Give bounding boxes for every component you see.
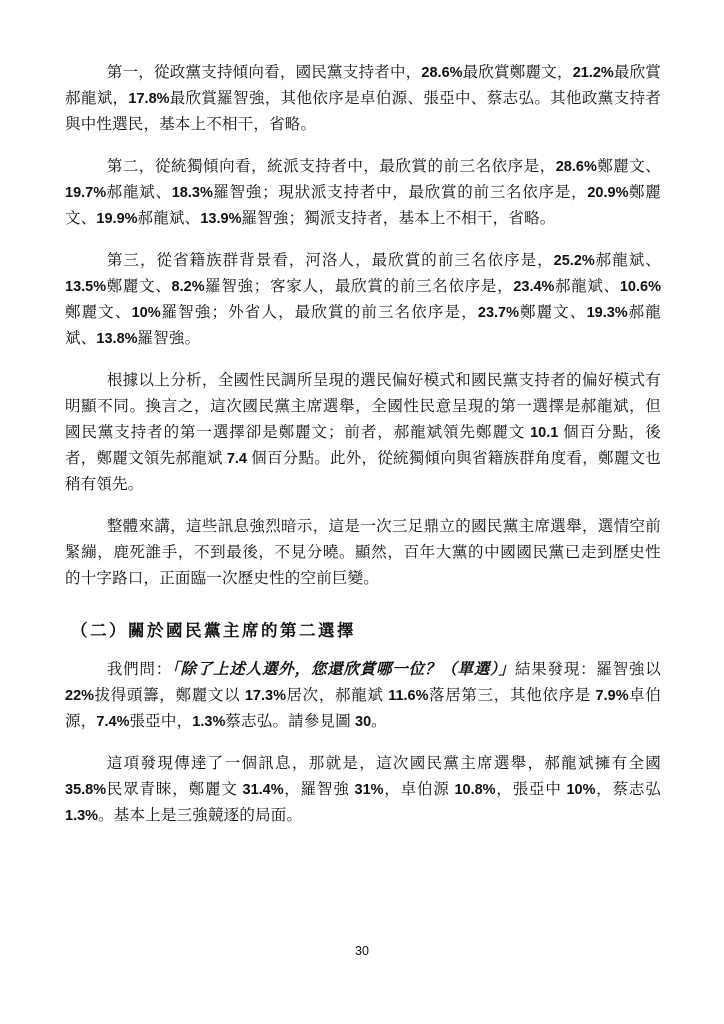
survey-question-quote: 「除了上述人選外，您還欣賞哪一位？（單選）」 <box>172 661 515 678</box>
number-emphasis: 30 <box>355 714 371 730</box>
number-emphasis: 10.6% <box>620 279 661 295</box>
text-run: 郝龍斌、 <box>106 184 172 201</box>
paragraph: 整體來講，這些訊息強烈暗示，這是一次三足鼎立的國民黨主席選舉，選情空前緊繃，鹿死… <box>65 514 661 592</box>
number-emphasis: 22% <box>65 688 94 704</box>
number-emphasis: 35.8% <box>65 782 106 798</box>
text-run: 羅智強；獨派支持者，基本上不相干，省略。 <box>241 210 555 227</box>
number-emphasis: 10.1 <box>530 425 558 441</box>
number-emphasis: 13.5% <box>65 279 106 295</box>
number-emphasis: 13.8% <box>96 331 137 347</box>
text-run: 。 <box>371 713 387 730</box>
paragraph: 根據以上分析，全國性民調所呈現的選民偏好模式和國民黨支持者的偏好模式有明顯不同。… <box>65 368 661 498</box>
text-run: ，羅智強 <box>284 781 355 798</box>
text-run: 落居第三，其他依序是 <box>429 687 596 704</box>
text-run: ，卓伯源 <box>384 781 455 798</box>
text-run: 最欣賞鄭麗文， <box>463 64 573 81</box>
number-emphasis: 18.3% <box>172 185 213 201</box>
text-run: 鄭麗文、 <box>519 304 587 321</box>
number-emphasis: 31% <box>355 782 384 798</box>
text-run: 羅智強；外省人，最欣賞的前三名依序是， <box>161 304 478 321</box>
text-run: 拔得頭籌，鄭麗文以 <box>94 687 245 704</box>
text-run: ，蔡志弘 <box>595 781 660 798</box>
text-run: 結果發現：羅智強以 <box>515 661 661 678</box>
number-emphasis: 21.2% <box>573 65 614 81</box>
text-run: 整體來講，這些訊息強烈暗示，這是一次三足鼎立的國民黨主席選舉，選情空前緊繃，鹿死… <box>65 518 661 587</box>
text-run: 這項發現傳達了一個訊息，那就是，這次國民黨主席選舉，郝龍斌擁有全國 <box>107 755 661 772</box>
number-emphasis: 7.9% <box>596 688 629 704</box>
text-run: 。基本上是三強競逐的局面。 <box>98 807 302 824</box>
paragraph: 這項發現傳達了一個訊息，那就是，這次國民黨主席選舉，郝龍斌擁有全國 35.8%民… <box>65 751 661 829</box>
number-emphasis: 19.9% <box>96 211 137 227</box>
document-page: 第一，從政黨支持傾向看，國民黨支持者中，28.6%最欣賞鄭麗文，21.2%最欣賞… <box>0 0 724 1024</box>
page-number: 30 <box>0 944 724 958</box>
paragraph: 我們問：「除了上述人選外，您還欣賞哪一位？（單選）」結果發現：羅智強以 22%拔… <box>65 657 661 735</box>
text-run: 郝龍斌、 <box>554 278 619 295</box>
number-emphasis: 10% <box>132 305 161 321</box>
text-run: 鄭麗文、 <box>106 278 171 295</box>
number-emphasis: 10.8% <box>454 782 495 798</box>
number-emphasis: 20.9% <box>587 185 628 201</box>
number-emphasis: 25.2% <box>554 253 595 269</box>
paragraph: 第二，從統獨傾向看，統派支持者中，最欣賞的前三名依序是，28.6%鄭麗文、19.… <box>65 154 661 232</box>
text-run: 第三，從省籍族群背景看，河洛人，最欣賞的前三名依序是， <box>107 252 554 269</box>
number-emphasis: 23.7% <box>478 305 519 321</box>
number-emphasis: 28.6% <box>421 65 462 81</box>
text-run: 羅智強；客家人，最欣賞的前三名依序是， <box>205 278 514 295</box>
text-run: 郝龍斌、 <box>595 252 661 269</box>
number-emphasis: 7.4 <box>227 451 247 467</box>
text-run: 我們問： <box>107 661 172 678</box>
number-emphasis: 17.8% <box>128 91 169 107</box>
number-emphasis: 17.3% <box>245 688 286 704</box>
text-run: 羅智強；現狀派支持者中，最欣賞的前三名依序是， <box>213 184 588 201</box>
text-run: 郝龍斌、 <box>138 210 201 227</box>
text-run: 民眾青睞，鄭麗文 <box>106 781 242 798</box>
text-run: 張亞中， <box>129 713 192 730</box>
text-run: 蔡志弘。請參見圖 <box>225 713 355 730</box>
number-emphasis: 8.2% <box>172 279 205 295</box>
text-run: 第一，從政黨支持傾向看，國民黨支持者中， <box>107 64 422 81</box>
paragraph: 第一，從政黨支持傾向看，國民黨支持者中，28.6%最欣賞鄭麗文，21.2%最欣賞… <box>65 60 661 138</box>
document-content: 第一，從政黨支持傾向看，國民黨支持者中，28.6%最欣賞鄭麗文，21.2%最欣賞… <box>65 60 661 845</box>
text-run: ，張亞中 <box>496 781 567 798</box>
text-run: 鄭麗文、 <box>597 158 661 175</box>
number-emphasis: 1.3% <box>65 808 98 824</box>
text-run: 鄭麗文、 <box>65 304 132 321</box>
text-run: 羅智強。 <box>138 330 201 347</box>
number-emphasis: 13.9% <box>200 211 241 227</box>
text-run: 第二，從統獨傾向看，統派支持者中，最欣賞的前三名依序是， <box>107 158 556 175</box>
number-emphasis: 11.6% <box>388 688 428 704</box>
number-emphasis: 19.7% <box>65 185 106 201</box>
number-emphasis: 31.4% <box>243 782 284 798</box>
number-emphasis: 7.4% <box>96 714 129 730</box>
number-emphasis: 23.4% <box>513 279 554 295</box>
number-emphasis: 28.6% <box>556 159 597 175</box>
number-emphasis: 10% <box>566 782 595 798</box>
text-run: 居次，郝龍斌 <box>286 687 388 704</box>
paragraph: 第三，從省籍族群背景看，河洛人，最欣賞的前三名依序是，25.2%郝龍斌、13.5… <box>65 248 661 352</box>
section-heading: （二）關於國民黨主席的第二選擇 <box>65 618 661 644</box>
number-emphasis: 1.3% <box>192 714 225 730</box>
number-emphasis: 19.3% <box>587 305 628 321</box>
